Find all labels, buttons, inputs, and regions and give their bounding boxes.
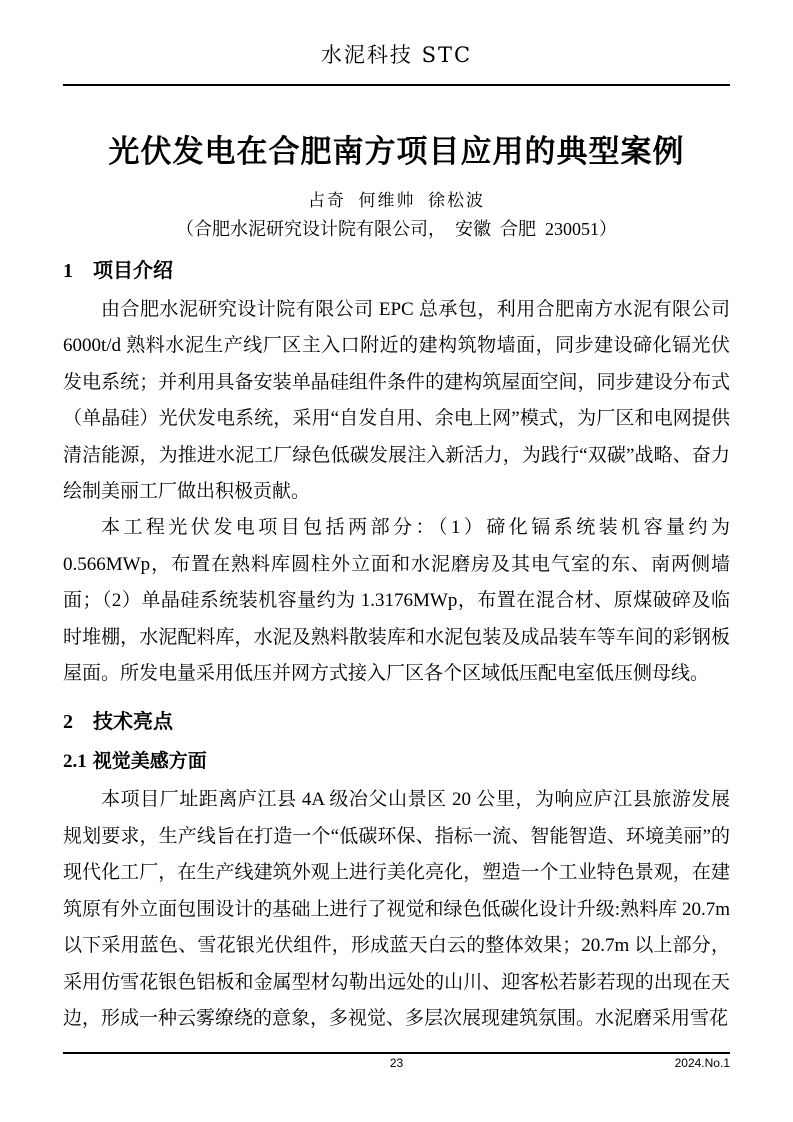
section-1-paragraph-2: 本工程光伏发电项目包括两部分：（1）碲化镉系统装机容量约为 0.566MWp，布… — [63, 510, 730, 692]
page-footer: 23 2024.No.1 — [63, 1052, 730, 1074]
section-2-heading-text: 技术亮点 — [93, 711, 173, 733]
journal-title: 水泥科技 STC — [63, 42, 730, 68]
article-title: 光伏发电在合肥南方项目应用的典型案例 — [63, 132, 730, 172]
section-1-paragraph-1: 由合肥水泥研究设计院有限公司 EPC 总承包，利用合肥南方水泥有限公司 6000… — [63, 292, 730, 510]
footer-rule — [63, 1052, 730, 1054]
section-2-1-number: 2.1 — [63, 749, 87, 775]
section-2-number: 2 — [63, 708, 73, 736]
section-1-number: 1 — [63, 257, 73, 285]
section-1-heading: 1项目介绍 — [63, 257, 730, 285]
header-rule — [63, 84, 730, 86]
section-2-heading: 2技术亮点 — [63, 708, 730, 736]
footer-row: 23 2024.No.1 — [63, 1056, 730, 1074]
document-page: 水泥科技 STC 光伏发电在合肥南方项目应用的典型案例 占奇 何维帅 徐松波 （… — [0, 0, 793, 1122]
section-2-1-paragraph-1: 本项目厂址距离庐江县 4A 级冶父山景区 20 公里，为响应庐江县旅游发展规划要… — [63, 782, 730, 1037]
journal-header: 水泥科技 STC — [63, 0, 730, 86]
section-1-heading-text: 项目介绍 — [93, 260, 173, 282]
article-body: 光伏发电在合肥南方项目应用的典型案例 占奇 何维帅 徐松波 （合肥水泥研究设计院… — [63, 132, 730, 1037]
affiliation-line: （合肥水泥研究设计院有限公司， 安徽 合肥 230051） — [63, 217, 730, 241]
page-number: 23 — [63, 1056, 730, 1070]
authors-line: 占奇 何维帅 徐松波 — [63, 190, 730, 212]
issue-label: 2024.No.1 — [675, 1056, 730, 1070]
section-2-1-heading-text: 视觉美感方面 — [93, 751, 207, 772]
section-2-1-heading: 2.1视觉美感方面 — [63, 749, 730, 775]
